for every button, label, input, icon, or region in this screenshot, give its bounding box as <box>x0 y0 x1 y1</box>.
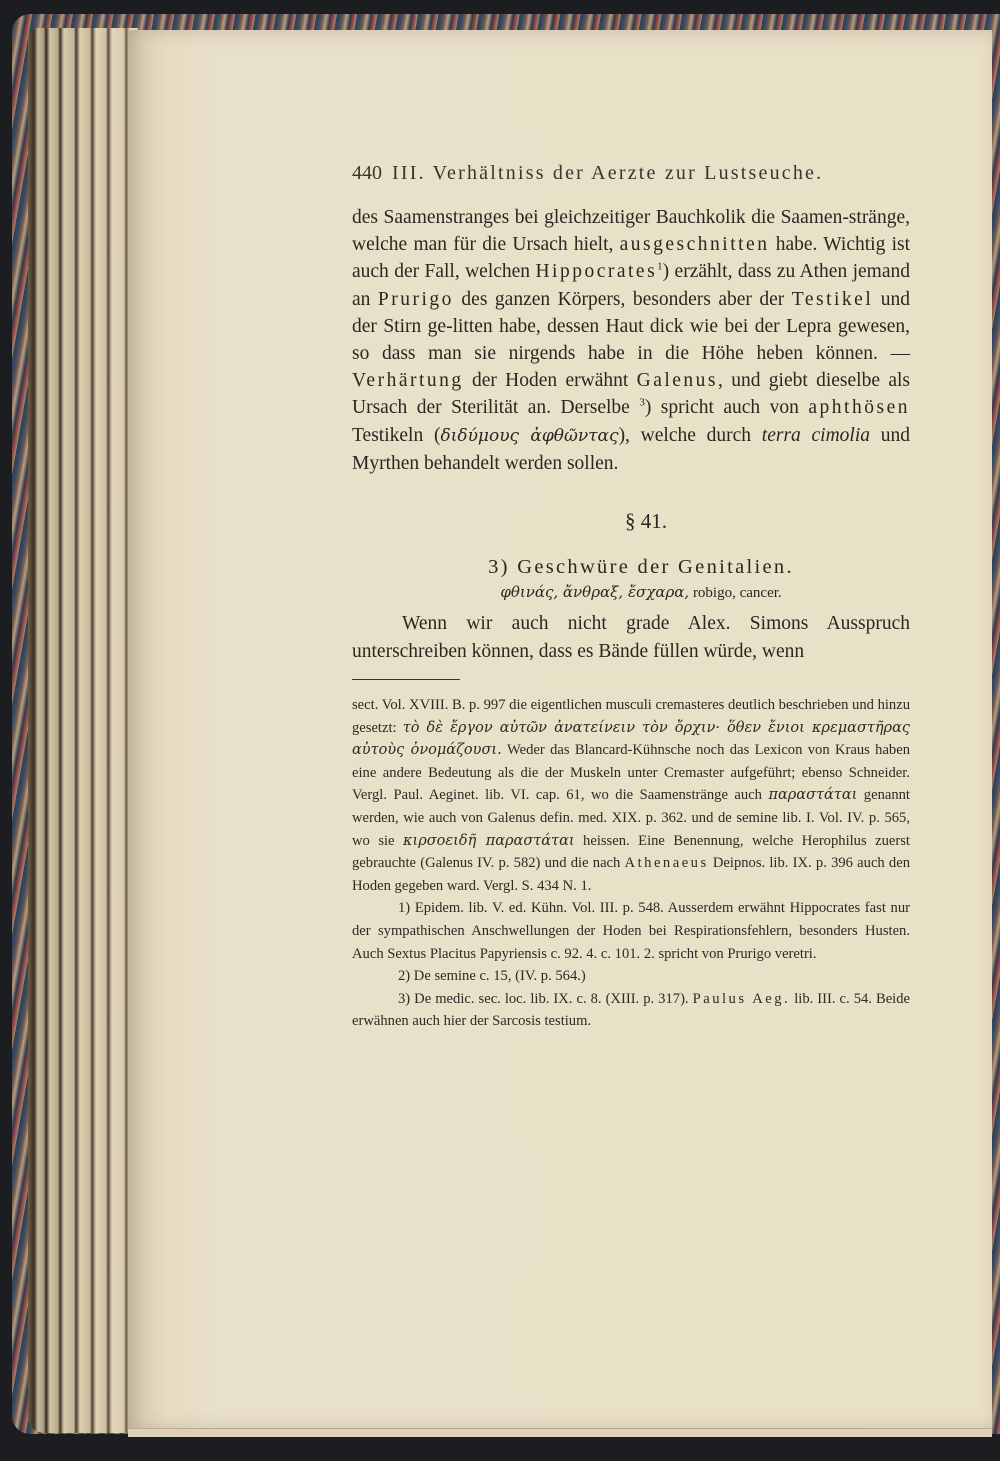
footnotes: sect. Vol. XVIII. B. p. 997 die eigentli… <box>352 694 910 1033</box>
text-run: der Hoden erwähnt <box>464 370 637 391</box>
emphasis-spaced: Galenus <box>637 370 718 391</box>
page-stack-edge <box>28 28 138 1433</box>
footnote-3: 3) De medic. sec. loc. lib. IX. c. 8. (X… <box>352 988 910 1033</box>
body-paragraph-1: des Saamenstranges bei gleichzeitiger Ba… <box>352 204 910 477</box>
footnote-continuation: sect. Vol. XVIII. B. p. 997 die eigentli… <box>352 694 910 897</box>
body-paragraph-2: Wenn wir auch nicht grade Alex. Simons A… <box>352 610 910 665</box>
emphasis-spaced: Testikel <box>792 289 873 310</box>
text-run: 3) De medic. sec. loc. lib. IX. c. 8. (X… <box>398 991 693 1007</box>
footnote-2: 2) De semine c. 15, (IV. p. 564.) <box>352 965 910 988</box>
text-run: ), welche durch <box>619 425 762 446</box>
greek-text: παραστάται <box>768 787 857 803</box>
text-run: Testikeln ( <box>352 425 440 446</box>
emphasis-spaced: Athenaeus <box>625 855 709 871</box>
page-bottom-edge <box>128 1428 992 1437</box>
text-run: des ganzen Körpers, besonders aber der <box>454 289 792 310</box>
footnote-1: 1) Epidem. lib. V. ed. Kühn. Vol. III. p… <box>352 897 910 965</box>
greek-text: κιρσοειδῆ παραστάται <box>403 833 575 849</box>
greek-synonyms: φθινάς, ἄνθραξ, ἔσχαρα, <box>500 583 689 601</box>
page-content: 440III. Verhältniss der Aerzte zur Lusts… <box>352 160 910 1033</box>
section-title: 3) Geschwüre der Genitalien. <box>352 553 910 581</box>
greek-text: διδύμους ἀφθῶντας <box>440 426 618 446</box>
latin-synonyms: robigo, cancer. <box>689 585 781 601</box>
emphasis-spaced: Paulus Aeg. <box>693 991 791 1007</box>
italic-term: terra cimolia <box>762 425 870 446</box>
section-number: § 41. <box>352 507 910 535</box>
emphasis-spaced: Verhärtung <box>352 370 464 391</box>
emphasis-spaced: ausgeschnitten <box>620 234 770 255</box>
running-head-title: III. Verhältniss der Aerzte zur Lustseuc… <box>392 162 823 184</box>
emphasis-spaced: Prurigo <box>378 289 454 310</box>
emphasis-spaced: aphthösen <box>808 397 910 418</box>
footnote-divider <box>352 679 460 680</box>
emphasis-spaced: Hippocrates <box>535 261 657 282</box>
section-synonyms: φθινάς, ἄνθραξ, ἔσχαρα, robigo, cancer. <box>352 581 910 604</box>
page-number: 440 <box>352 162 382 184</box>
running-head: 440III. Verhältniss der Aerzte zur Lusts… <box>352 160 910 186</box>
text-run: ) spricht auch von <box>645 397 809 418</box>
